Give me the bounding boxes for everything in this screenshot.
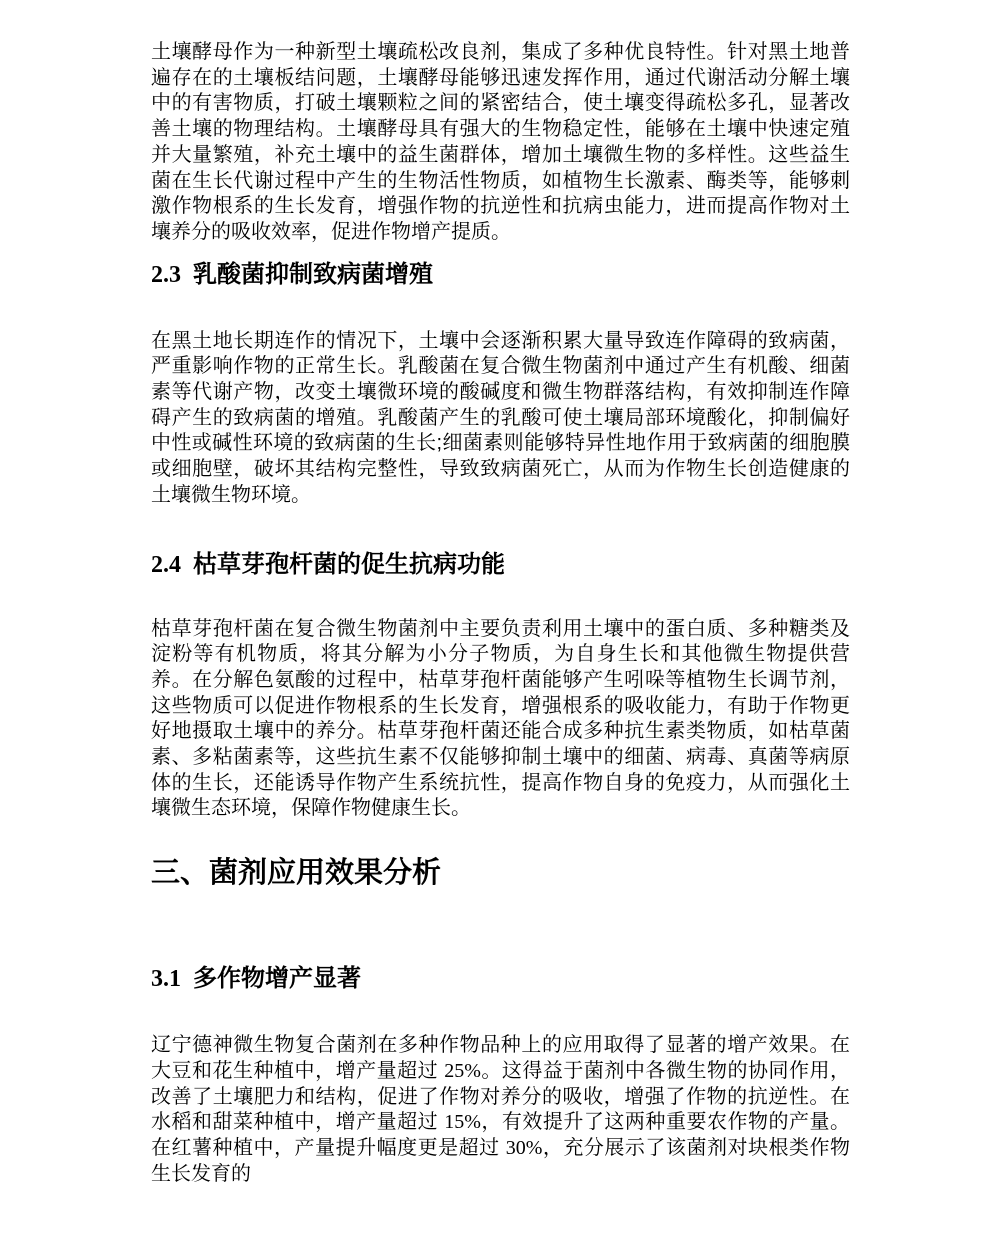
section-3-1-paragraph: 辽宁德神微生物复合菌剂在多种作物品种上的应用取得了显著的增产效果。在大豆和花生种… [151,1033,850,1187]
section-2-3-number: 2.3 [151,262,181,288]
document-page: 土壤酵母作为一种新型土壤疏松改良剂，集成了多种优良特性。针对黑土地普遍存在的土壤… [0,0,1000,1237]
section-2-4-title: 枯草芽孢杆菌的促生抗病功能 [193,551,505,578]
numeric-value: 15% [444,1111,481,1133]
section-2-3-paragraph: 在黑土地长期连作的情况下，土壤中会逐渐积累大量导致连作障碍的致病菌，严重影响作物… [151,329,850,509]
intro-paragraph: 土壤酵母作为一种新型土壤疏松改良剂，集成了多种优良特性。针对黑土地普遍存在的土壤… [151,40,850,246]
section-2-4-paragraph: 枯草芽孢杆菌在复合微生物菌剂中主要负责利用土壤中的蛋白质、多种糖类及淀粉等有机物… [151,617,850,823]
section-3-1-number: 3.1 [151,966,181,992]
section-3-1-title: 多作物增产显著 [193,965,361,992]
section-heading-2-4: 2.4枯草芽孢杆菌的促生抗病功能 [151,549,850,581]
numeric-value: 25% [444,1060,481,1082]
section-2-3-title: 乳酸菌抑制致病菌增殖 [193,261,433,288]
chapter-heading-3: 三、菌剂应用效果分析 [151,855,850,891]
section-2-4-number: 2.4 [151,552,181,578]
section-heading-3-1: 3.1多作物增产显著 [151,963,850,995]
section-heading-2-3: 2.3乳酸菌抑制致病菌增殖 [151,259,850,291]
numeric-value: 30% [506,1137,543,1159]
